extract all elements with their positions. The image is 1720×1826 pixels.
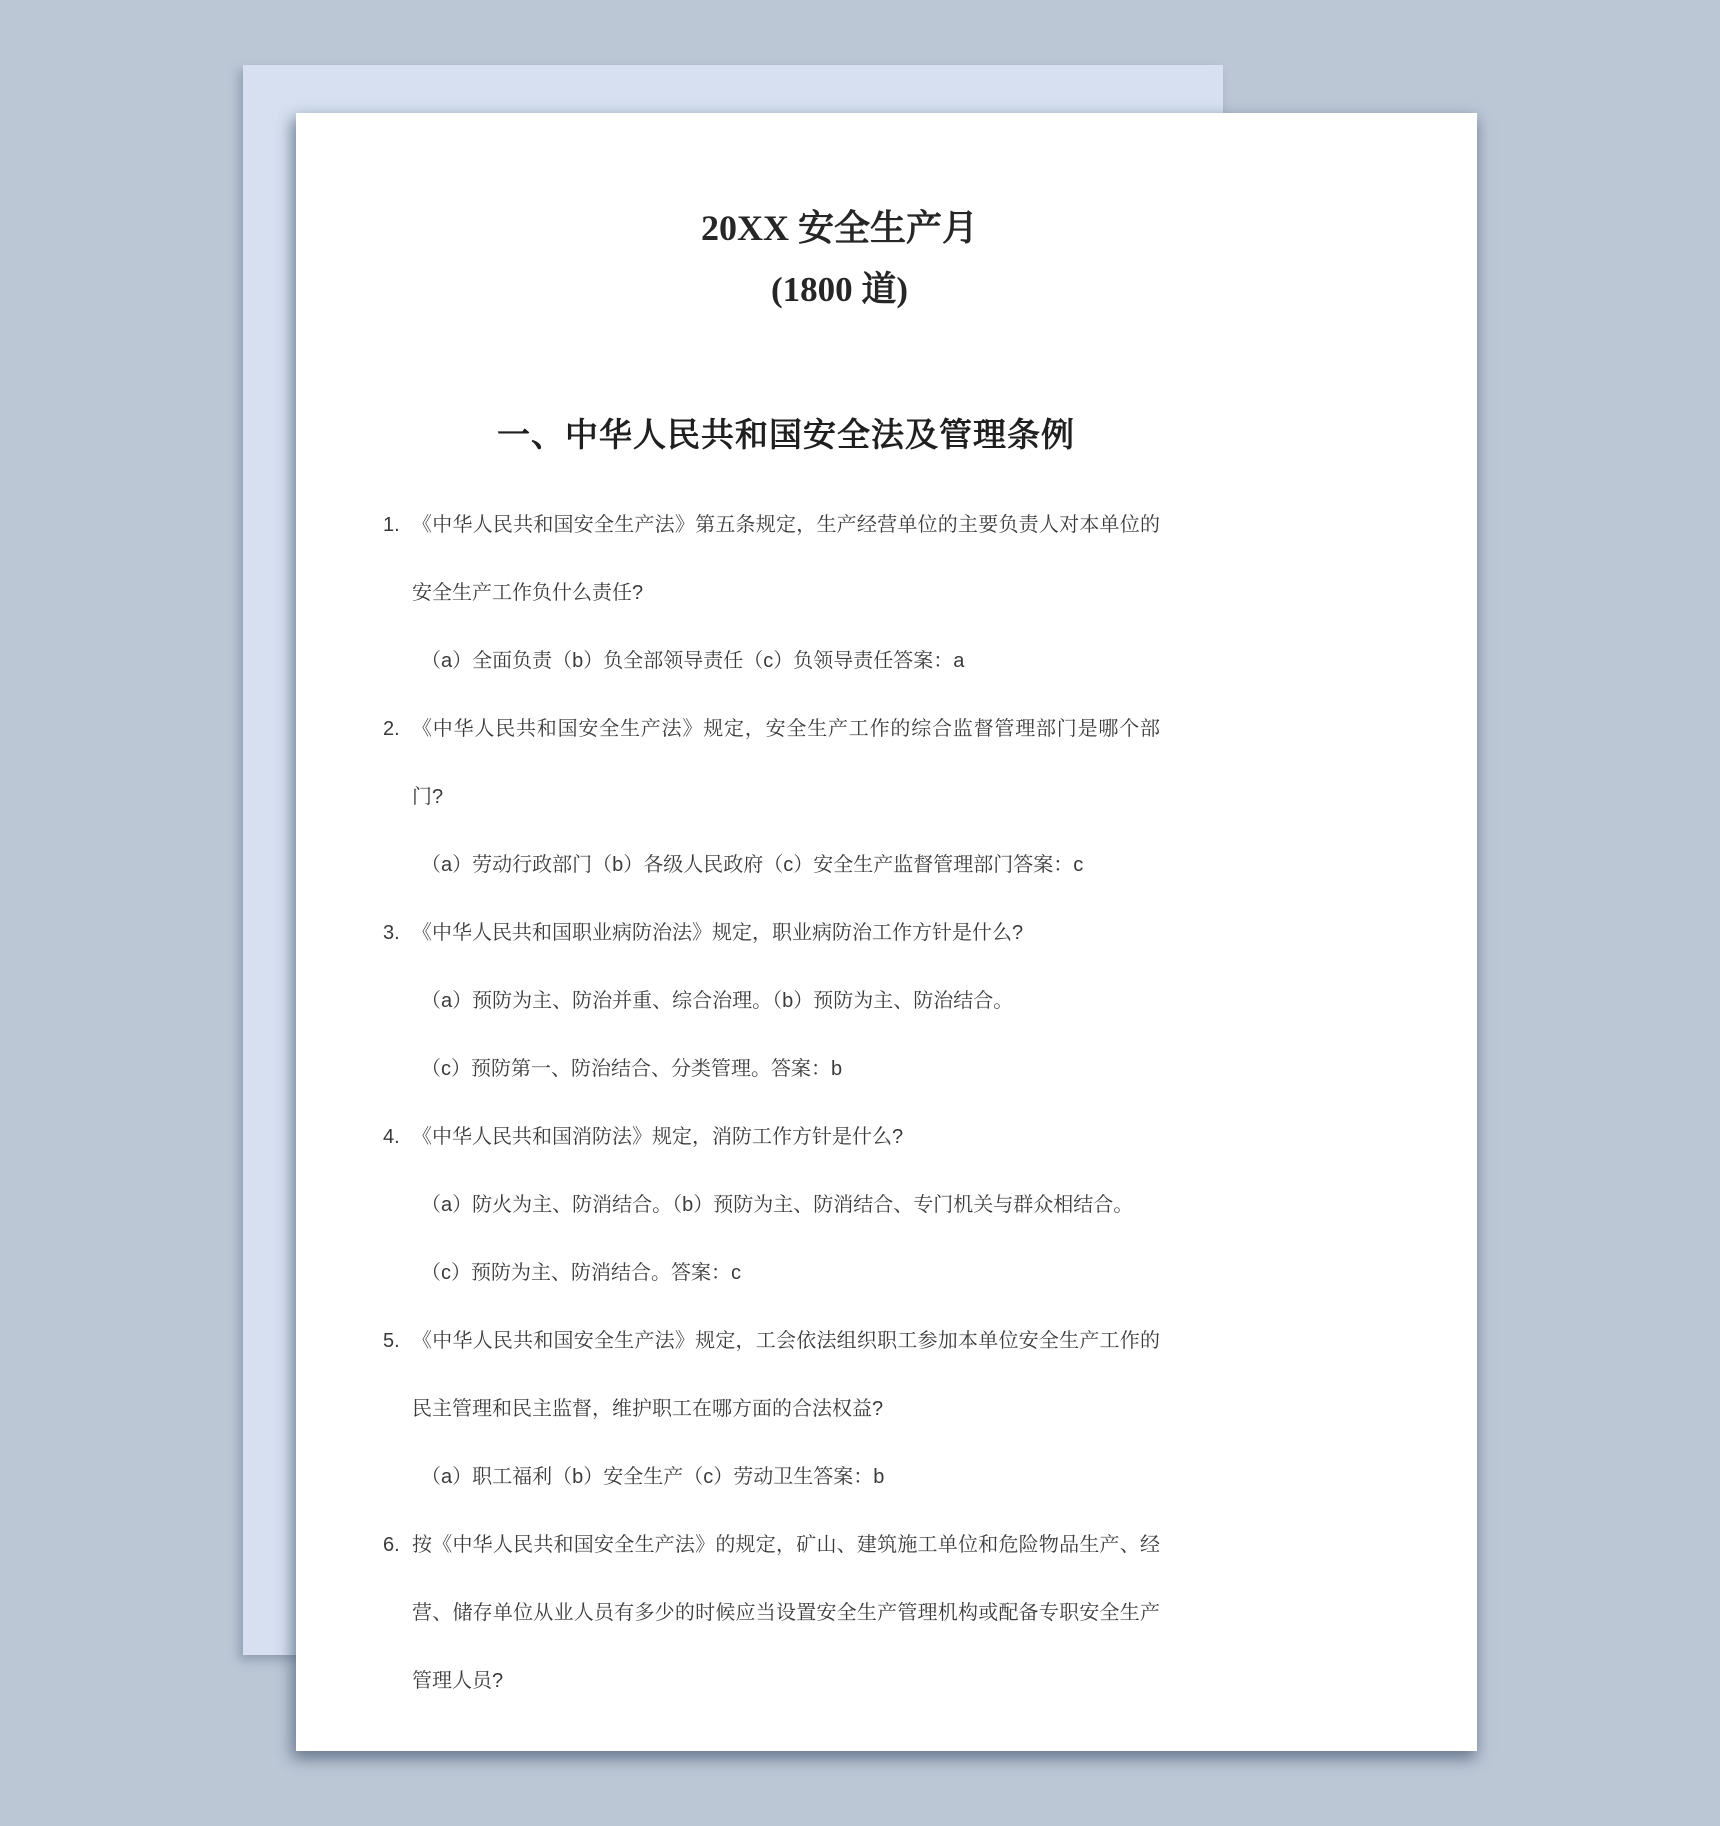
option-line: （c）预防为主、防消结合。答案：c — [412, 1239, 1160, 1307]
question-body: 《中华人民共和国安全生产法》规定，安全生产工作的综合监督管理部门是哪个部门?（a… — [412, 695, 1160, 899]
question-number: 1. — [383, 491, 412, 695]
question-item: 1.《中华人民共和国安全生产法》第五条规定，生产经营单位的主要负责人对本单位的安… — [296, 491, 1477, 695]
option-line: （a）防火为主、防消结合。（b）预防为主、防消结合、专门机关与群众相结合。 — [412, 1171, 1160, 1239]
question-text: 《中华人民共和国消防法》规定，消防工作方针是什么? — [412, 1103, 1160, 1171]
section-heading: 一、中华人民共和国安全法及管理条例 — [412, 411, 1160, 459]
question-item: 6.按《中华人民共和国安全生产法》的规定，矿山、建筑施工单位和危险物品生产、经营… — [296, 1511, 1477, 1715]
question-body: 《中华人民共和国职业病防治法》规定，职业病防治工作方针是什么?（a）预防为主、防… — [412, 899, 1160, 1103]
question-number: 4. — [383, 1103, 412, 1307]
question-body: 《中华人民共和国消防法》规定，消防工作方针是什么?（a）防火为主、防消结合。（b… — [412, 1103, 1160, 1307]
doc-subtitle: (1800 道) — [383, 267, 1296, 313]
question-text: 《中华人民共和国安全生产法》规定，安全生产工作的综合监督管理部门是哪个部门? — [412, 695, 1160, 831]
option-line: （a）全面负责（b）负全部领导责任（c）负领导责任答案：a — [412, 627, 1160, 695]
question-body: 《中华人民共和国安全生产法》第五条规定，生产经营单位的主要负责人对本单位的安全生… — [412, 491, 1160, 695]
question-body: 按《中华人民共和国安全生产法》的规定，矿山、建筑施工单位和危险物品生产、经营、储… — [412, 1511, 1160, 1715]
question-number: 2. — [383, 695, 412, 899]
question-number: 6. — [383, 1511, 412, 1715]
question-body: 《中华人民共和国安全生产法》规定，工会依法组织职工参加本单位安全生产工作的民主管… — [412, 1307, 1160, 1511]
question-number: 3. — [383, 899, 412, 1103]
question-list: 1.《中华人民共和国安全生产法》第五条规定，生产经营单位的主要负责人对本单位的安… — [296, 491, 1477, 1715]
question-item: 2.《中华人民共和国安全生产法》规定，安全生产工作的综合监督管理部门是哪个部门?… — [296, 695, 1477, 899]
question-number: 5. — [383, 1307, 412, 1511]
option-line: （a）预防为主、防治并重、综合治理。（b）预防为主、防治结合。 — [412, 967, 1160, 1035]
question-item: 3.《中华人民共和国职业病防治法》规定，职业病防治工作方针是什么?（a）预防为主… — [296, 899, 1477, 1103]
desk-background: 20XX 安全生产月 (1800 道) 一、中华人民共和国安全法及管理条例 1.… — [0, 0, 1720, 1826]
question-text: 《中华人民共和国安全生产法》规定，工会依法组织职工参加本单位安全生产工作的民主管… — [412, 1307, 1160, 1443]
question-text: 《中华人民共和国安全生产法》第五条规定，生产经营单位的主要负责人对本单位的安全生… — [412, 491, 1160, 627]
doc-title: 20XX 安全生产月 — [383, 205, 1296, 251]
question-item: 5.《中华人民共和国安全生产法》规定，工会依法组织职工参加本单位安全生产工作的民… — [296, 1307, 1477, 1511]
question-text: 按《中华人民共和国安全生产法》的规定，矿山、建筑施工单位和危险物品生产、经营、储… — [412, 1511, 1160, 1715]
document-page: 20XX 安全生产月 (1800 道) 一、中华人民共和国安全法及管理条例 1.… — [296, 113, 1477, 1751]
question-text: 《中华人民共和国职业病防治法》规定，职业病防治工作方针是什么? — [412, 899, 1160, 967]
option-line: （a）劳动行政部门（b）各级人民政府（c）安全生产监督管理部门答案：c — [412, 831, 1160, 899]
option-line: （c）预防第一、防治结合、分类管理。答案：b — [412, 1035, 1160, 1103]
option-line: （a）职工福利（b）安全生产（c）劳动卫生答案：b — [412, 1443, 1160, 1511]
question-item: 4.《中华人民共和国消防法》规定，消防工作方针是什么?（a）防火为主、防消结合。… — [296, 1103, 1477, 1307]
